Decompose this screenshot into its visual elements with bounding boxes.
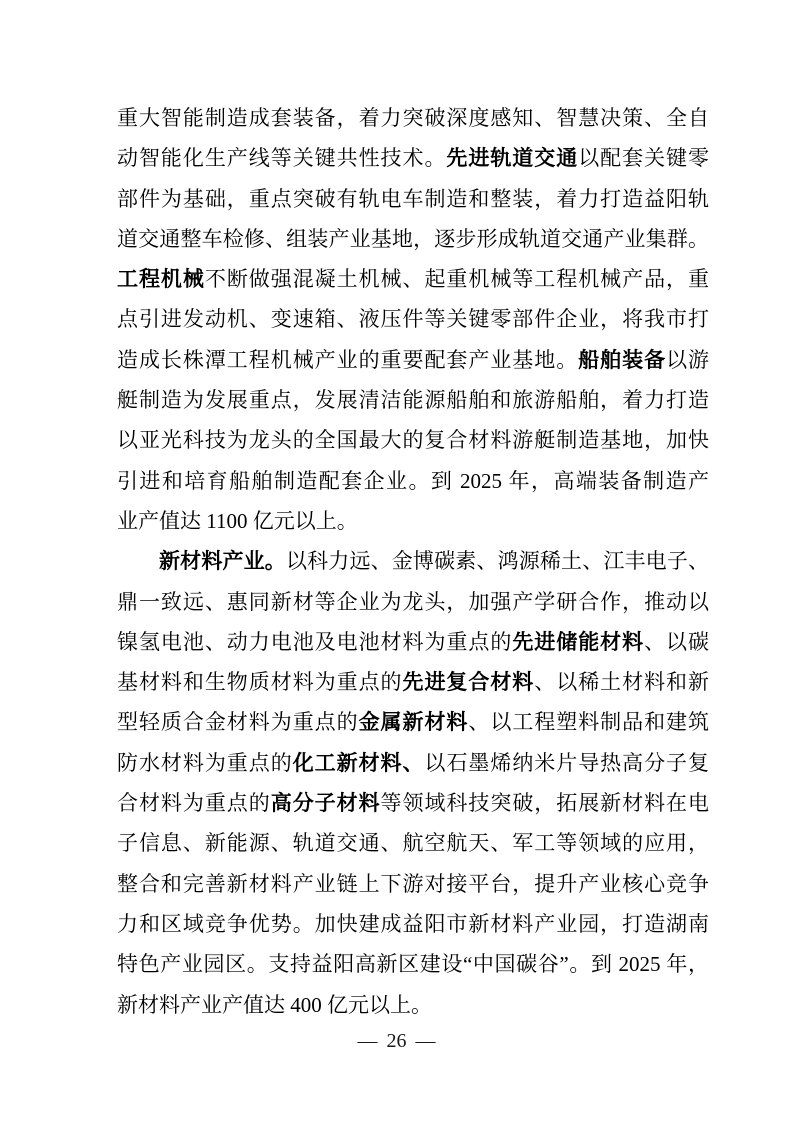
text-line: 业产值达 1100 亿元以上。 xyxy=(117,501,709,541)
text-segment: 合材料为重点的 xyxy=(117,791,271,815)
bold-term: 高分子材料 xyxy=(271,791,381,815)
text-line: 引进和培育船舶制造配套企业。到 2025 年，高端装备制造产 xyxy=(117,461,709,501)
text-line: 型轻质合金材料为重点的金属新材料、以工程塑料制品和建筑 xyxy=(117,702,709,742)
text-segment: 以科力远、金博碳素、鸿源稀土、江丰电子、 xyxy=(286,549,709,573)
text-line: 艇制造为发展重点，发展清洁能源船舶和旅游船舶，着力打造 xyxy=(117,380,709,420)
text-line: 新材料产业。以科力远、金博碳素、鸿源稀土、江丰电子、 xyxy=(117,541,709,581)
text-line: 整合和完善新材料产业链上下游对接平台，提升产业核心竞争 xyxy=(117,864,709,904)
text-segment: 道交通整车检修、组装产业基地，逐步形成轨道交通产业集群。 xyxy=(117,227,709,251)
text-line: 特色产业园区。支持益阳高新区建设“中国碳谷”。到 2025 年， xyxy=(117,944,709,984)
text-line: 道交通整车检修、组装产业基地，逐步形成轨道交通产业集群。 xyxy=(117,219,709,259)
page-footer: —26— xyxy=(0,1028,793,1054)
text-segment: 造成长株潭工程机械产业的重要配套产业基地。 xyxy=(117,348,578,372)
text-segment: 以亚光科技为龙头的全国最大的复合材料游艇制造基地，加快 xyxy=(117,428,709,452)
text-segment: 不断做强混凝土机械、起重机械等工程机械产品，重 xyxy=(205,267,709,291)
text-line: 动智能化生产线等关键共性技术。先进轨道交通以配套关键零 xyxy=(117,138,709,178)
text-segment: 基材料和生物质材料为重点的 xyxy=(117,670,403,694)
text-segment: 艇制造为发展重点，发展清洁能源船舶和旅游船舶，着力打造 xyxy=(117,388,709,412)
text-segment: 动智能化生产线等关键共性技术。 xyxy=(117,146,446,170)
text-line: 部件为基础，重点突破有轨电车制造和整装，着力打造益阳轨 xyxy=(117,179,709,219)
text-line: 防水材料为重点的化工新材料、以石墨烯纳米片导热高分子复 xyxy=(117,743,709,783)
text-segment: 整合和完善新材料产业链上下游对接平台，提升产业核心竞争 xyxy=(117,872,709,896)
bold-term: 新材料产业。 xyxy=(159,549,286,573)
text-line: 造成长株潭工程机械产业的重要配套产业基地。船舶装备以游 xyxy=(117,340,709,380)
text-line: 工程机械不断做强混凝土机械、起重机械等工程机械产品，重 xyxy=(117,259,709,299)
page-number: 26 xyxy=(387,1030,407,1052)
footer-dash-left: — xyxy=(358,1030,378,1052)
text-segment: 重大智能制造成套装备，着力突破深度感知、智慧决策、全自 xyxy=(117,106,709,130)
text-line: 子信息、新能源、轨道交通、航空航天、军工等领域的应用， xyxy=(117,823,709,863)
bold-term: 工程机械 xyxy=(117,267,205,291)
text-segment: 特色产业园区。支持益阳高新区建设“中国碳谷”。到 2025 年， xyxy=(117,952,709,976)
text-segment: 鼎一致远、惠同新材等企业为龙头，加强产学研合作，推动以 xyxy=(117,590,709,614)
text-segment: 新材料产业产值达 400 亿元以上。 xyxy=(117,993,432,1017)
text-line: 力和区域竞争优势。加快建成益阳市新材料产业园，打造湖南 xyxy=(117,904,709,944)
text-segment: 引进和培育船舶制造配套企业。到 2025 年，高端装备制造产 xyxy=(117,469,709,493)
text-segment: 、以碳 xyxy=(644,630,709,654)
text-segment: 以配套关键零 xyxy=(578,146,709,170)
document-body: 重大智能制造成套装备，着力突破深度感知、智慧决策、全自动智能化生产线等关键共性技… xyxy=(117,98,709,1025)
text-segment: 点引进发动机、变速箱、液压件等关键零部件企业，将我市打 xyxy=(117,307,709,331)
text-segment: 以游 xyxy=(666,348,709,372)
text-line: 点引进发动机、变速箱、液压件等关键零部件企业，将我市打 xyxy=(117,299,709,339)
text-segment: 、以稀土材料和新 xyxy=(534,670,709,694)
text-segment: 型轻质合金材料为重点的 xyxy=(117,710,359,734)
text-segment: 防水材料为重点的 xyxy=(117,751,293,775)
text-segment: 部件为基础，重点突破有轨电车制造和整装，着力打造益阳轨 xyxy=(117,187,709,211)
text-line: 以亚光科技为龙头的全国最大的复合材料游艇制造基地，加快 xyxy=(117,420,709,460)
text-segment: 业产值达 1100 亿元以上。 xyxy=(117,509,358,533)
text-line: 鼎一致远、惠同新材等企业为龙头，加强产学研合作，推动以 xyxy=(117,582,709,622)
bold-term: 先进轨道交通 xyxy=(446,146,578,170)
text-segment: 以石墨烯纳米片导热高分子复 xyxy=(424,751,709,775)
text-segment: 镍氢电池、动力电池及电池材料为重点的 xyxy=(117,630,512,654)
bold-term: 先进储能材料 xyxy=(512,630,644,654)
bold-term: 先进复合材料 xyxy=(403,670,535,694)
text-segment: 子信息、新能源、轨道交通、航空航天、军工等领域的应用， xyxy=(117,831,709,855)
bold-term: 金属新材料 xyxy=(359,710,469,734)
bold-term: 船舶装备 xyxy=(578,348,666,372)
text-segment: 、以工程塑料制品和建筑 xyxy=(468,710,709,734)
document-page: 重大智能制造成套装备，着力突破深度感知、智慧决策、全自动智能化生产线等关键共性技… xyxy=(0,0,793,1122)
text-segment: 等领域科技突破，拓展新材料在电 xyxy=(381,791,709,815)
text-line: 镍氢电池、动力电池及电池材料为重点的先进储能材料、以碳 xyxy=(117,622,709,662)
text-line: 重大智能制造成套装备，着力突破深度感知、智慧决策、全自 xyxy=(117,98,709,138)
text-line: 合材料为重点的高分子材料等领域科技突破，拓展新材料在电 xyxy=(117,783,709,823)
text-line: 基材料和生物质材料为重点的先进复合材料、以稀土材料和新 xyxy=(117,662,709,702)
text-segment: 力和区域竞争优势。加快建成益阳市新材料产业园，打造湖南 xyxy=(117,912,709,936)
footer-dash-right: — xyxy=(416,1030,436,1052)
bold-term: 化工新材料、 xyxy=(293,751,425,775)
text-line: 新材料产业产值达 400 亿元以上。 xyxy=(117,985,709,1025)
